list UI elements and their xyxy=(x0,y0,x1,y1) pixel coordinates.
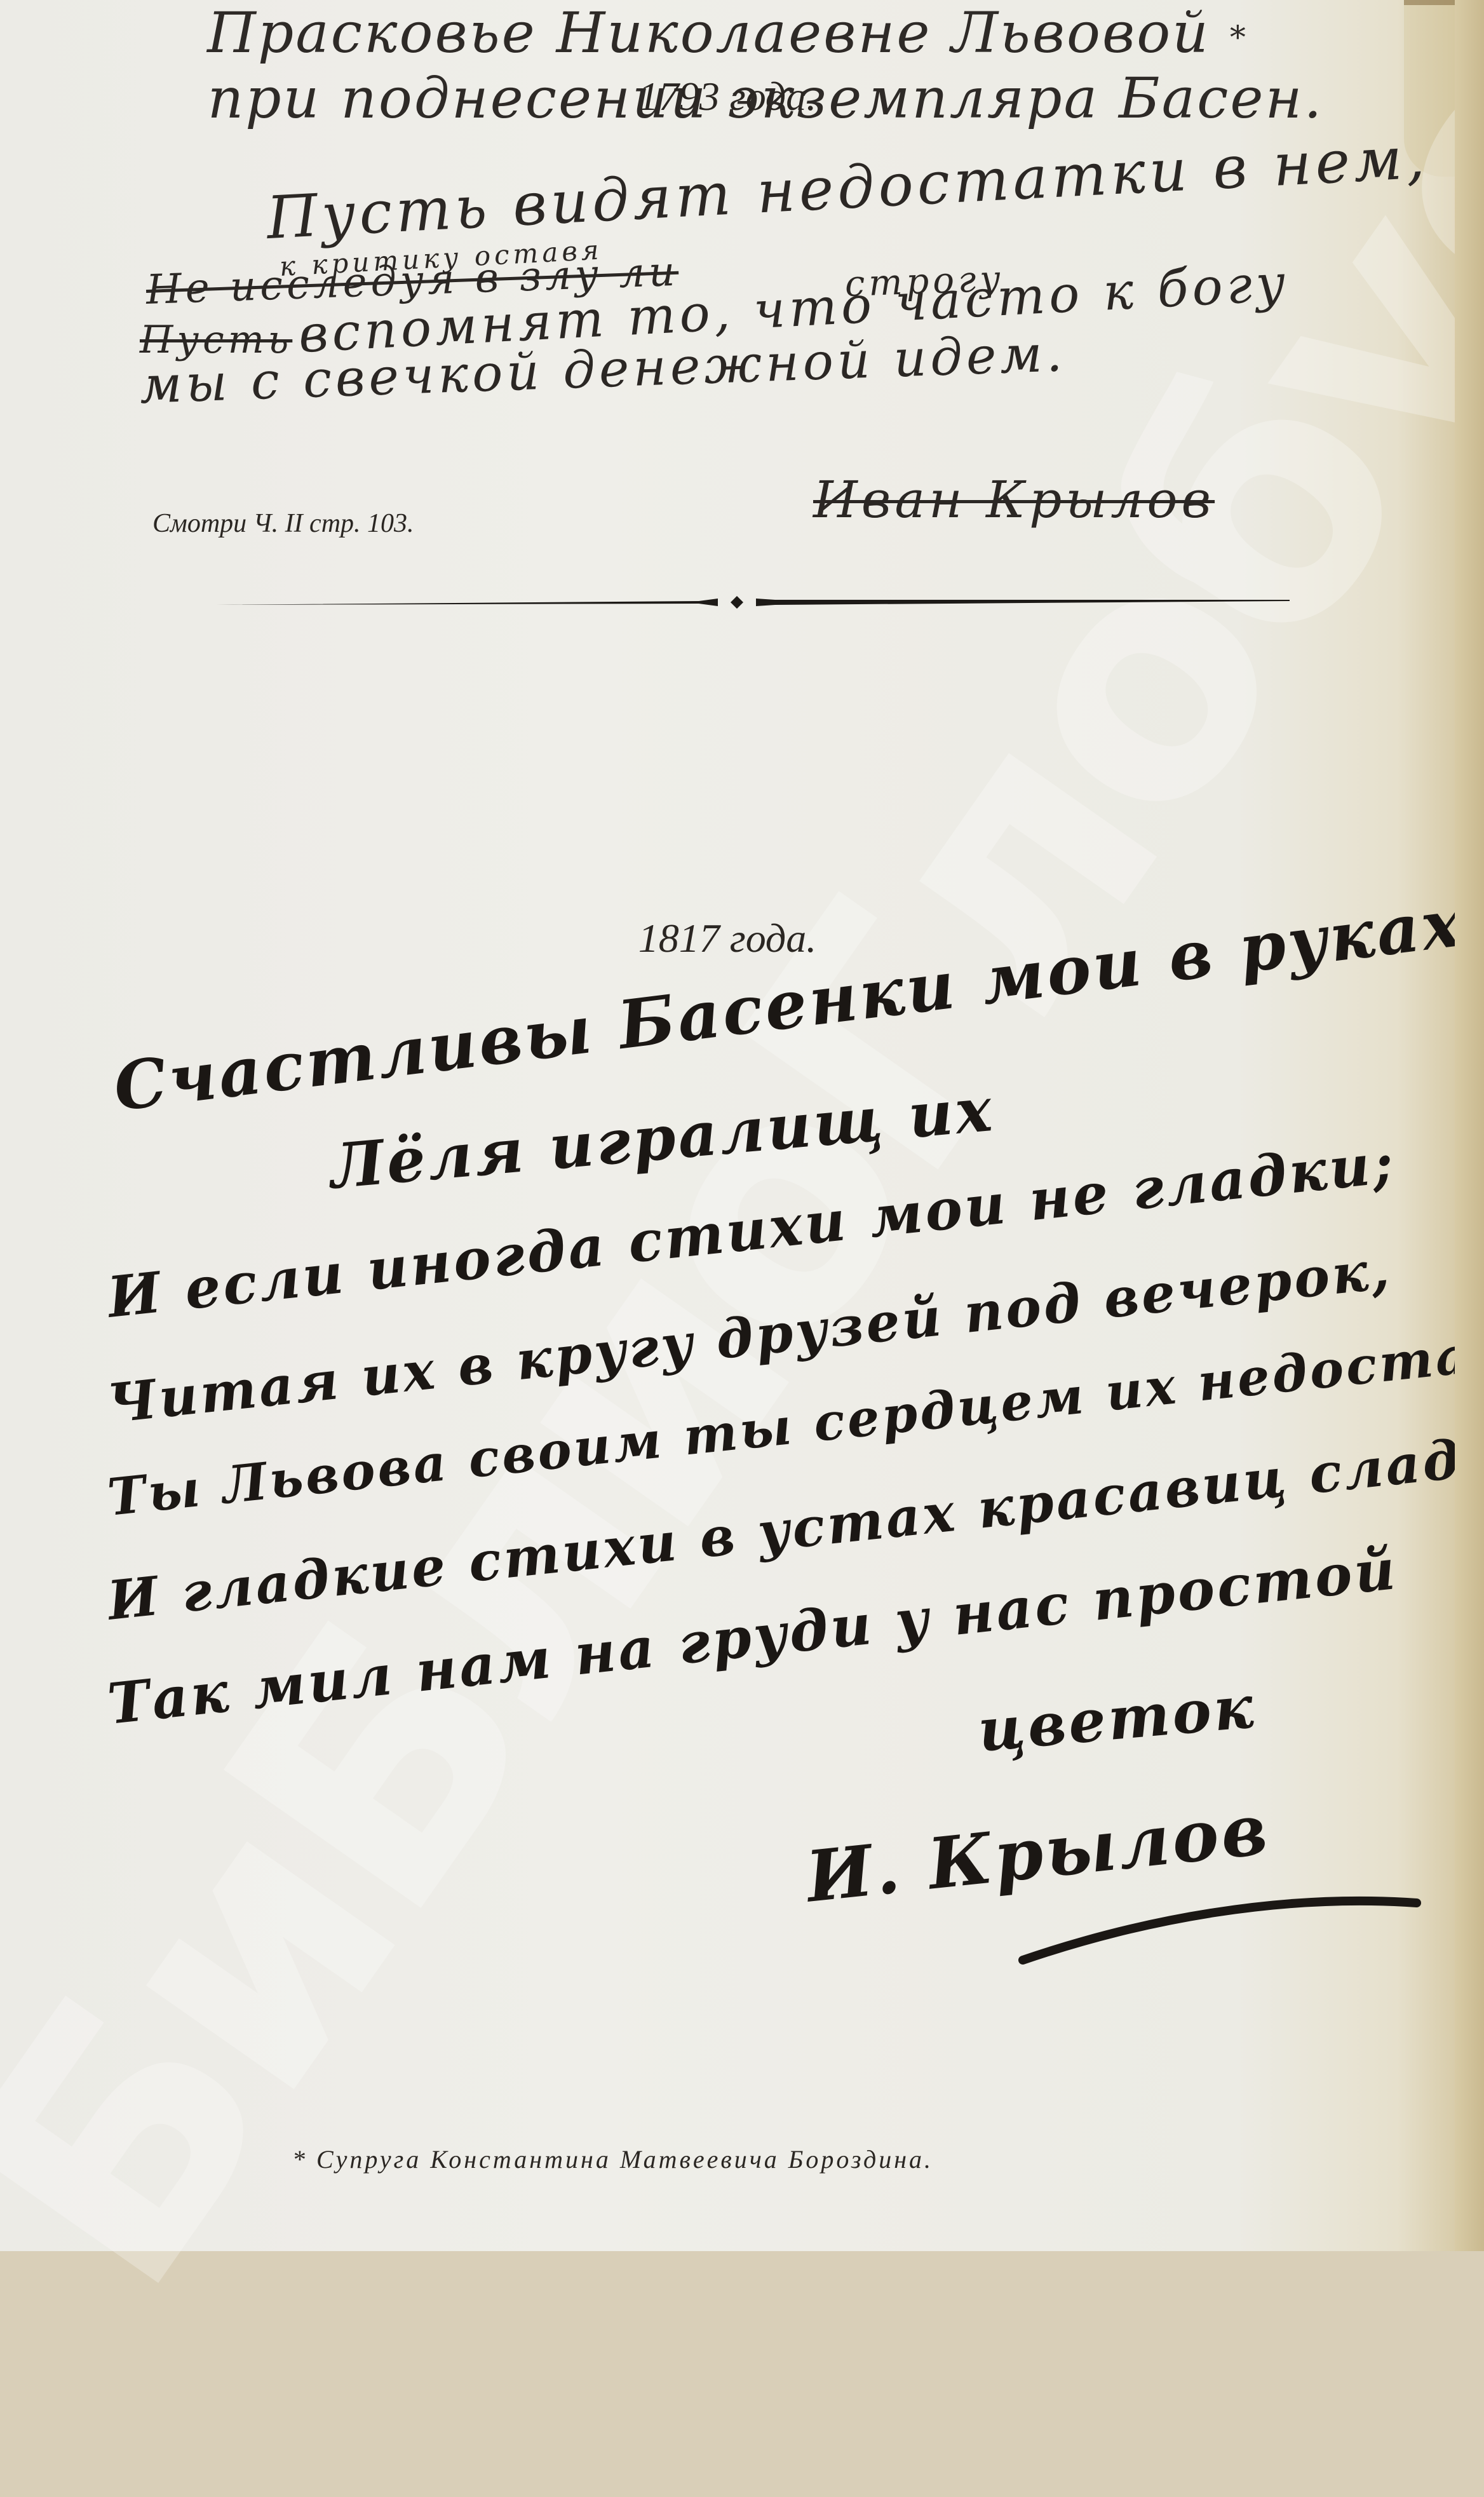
manuscript-1817-line-8: цветок xyxy=(975,1672,1258,1765)
manuscript-1817-line-1: Счастливы Басенки мои в руках твоих xyxy=(110,848,1484,1126)
ornamental-divider xyxy=(216,596,1290,609)
footnote-marker-bottom: * xyxy=(292,2145,307,2174)
manuscript-line-1: Пусть видят недостатки в нем, xyxy=(265,123,1430,252)
footnote-text: Супруга Константина Матвеевича Бороздина… xyxy=(316,2145,933,2174)
footnote: * Супруга Константина Матвеевича Борозди… xyxy=(292,2144,933,2174)
reference-note: Смотри Ч. II стр. 103. xyxy=(152,508,414,539)
footnote-marker[interactable]: * xyxy=(1230,19,1248,56)
dedication-line-1: Прасковье Николаевне Львовой * xyxy=(0,0,1484,65)
book-spine-edge xyxy=(1455,0,1484,2251)
signature-flourish xyxy=(1016,1881,1429,1970)
signature-krylov-1793: Иван Крылов xyxy=(813,470,1215,529)
year-heading-1793: 1793 года. xyxy=(0,73,1455,120)
dedication-recipient: Прасковье Николаевне Львовой xyxy=(207,0,1210,65)
facsimile-page: БиБлиоГлобус 1793 года. Пусть видят недо… xyxy=(0,0,1455,2251)
